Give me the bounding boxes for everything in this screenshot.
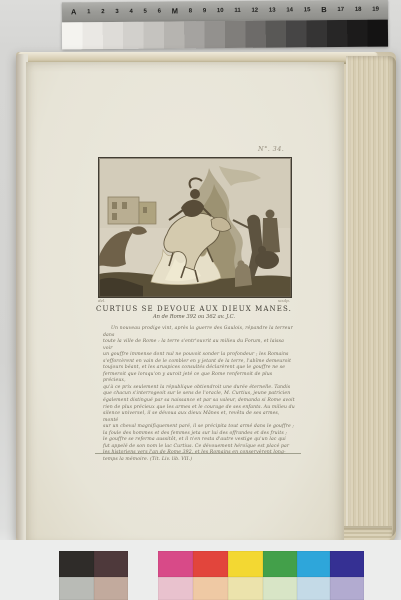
scale-label: 5 xyxy=(144,9,147,15)
color-patch-green xyxy=(263,551,297,577)
color-patch-navy xyxy=(330,551,364,577)
scale-label: 8 xyxy=(189,8,192,14)
color-patch-tan xyxy=(94,577,128,600)
book: N°. 34. xyxy=(16,52,396,542)
photo-backdrop: A 1 2 3 4 5 6 M 8 9 10 11 12 13 14 15 B … xyxy=(0,0,401,600)
book-right-page-edges xyxy=(346,56,396,538)
scale-label: 9 xyxy=(203,8,206,14)
plate-title: CURTIUS SE DEVOUE AUX DIEUX MANES. xyxy=(86,305,302,313)
album-page: N°. 34. xyxy=(26,62,344,548)
scale-label: 19 xyxy=(372,7,379,13)
color-patch-lavender xyxy=(330,577,364,600)
color-patch-yellow xyxy=(228,551,263,577)
scale-label: 10 xyxy=(217,8,224,14)
scale-label: 14 xyxy=(286,7,293,13)
scale-label: 15 xyxy=(304,7,311,13)
text-line: toujours béant, et les aruspices consult… xyxy=(103,365,295,372)
color-patch-pink xyxy=(158,577,193,600)
scale-label: 6 xyxy=(158,9,161,15)
color-patch-pale-blue xyxy=(297,577,330,600)
text-line: Un nouveau prodige vint, après la guerre… xyxy=(103,326,295,339)
text-line: temps la mémoire. (Tit. Liv. lib. VII.) xyxy=(103,457,295,464)
grayscale-step-wedge xyxy=(62,20,388,50)
scale-label: A xyxy=(71,9,76,17)
credit-left: del. xyxy=(98,298,105,304)
color-patch-gray xyxy=(59,577,94,600)
scale-label: 2 xyxy=(101,9,104,15)
plate-number: N°. 34. xyxy=(258,145,284,153)
scale-label: 4 xyxy=(129,9,132,15)
text-line: toute la ville de Rome : la terre s'entr… xyxy=(103,339,295,352)
scale-label: 12 xyxy=(251,8,258,14)
scale-label: 18 xyxy=(355,7,362,13)
plate-impression-line xyxy=(95,453,301,454)
color-calibration-card xyxy=(0,540,401,600)
scale-label: B xyxy=(321,6,326,14)
text-line: également distingué par sa naissance et … xyxy=(103,398,295,405)
credit-right: sculp. xyxy=(278,298,290,304)
scale-label: M xyxy=(172,8,178,16)
color-patch-red xyxy=(193,551,228,577)
description-paragraph: Un nouveau prodige vint, après la guerre… xyxy=(103,326,295,463)
engraving-illustration xyxy=(99,158,291,297)
scale-label: 17 xyxy=(337,7,344,13)
color-patch-peach xyxy=(193,577,228,600)
color-patch-pale-green xyxy=(263,577,297,600)
scale-label: 11 xyxy=(234,8,240,14)
engraver-credits: del. sculp. xyxy=(98,298,290,304)
color-patch-cream xyxy=(228,577,263,600)
color-patch-maroon xyxy=(94,551,128,577)
scale-label: 3 xyxy=(115,9,118,15)
color-patch-cyan xyxy=(297,551,330,577)
text-line: silence universel, il se dévoua aux dieu… xyxy=(103,411,295,424)
text-line: fermeroit que lorsqu'on y auroit jeté ce… xyxy=(103,372,295,385)
scale-label: 1 xyxy=(87,9,90,15)
text-line: le gouffre se referma aussitôt, et il n'… xyxy=(103,437,295,444)
text-line: sur un cheval magnifiquement paré, il se… xyxy=(103,424,295,431)
plate-subtitle: An de Rome 392 ou 362 av. J.C. xyxy=(86,314,302,320)
text-line: un gouffre immense dont nul ne pouvoit s… xyxy=(103,352,295,359)
color-patch-black xyxy=(59,551,94,577)
engraving-plate xyxy=(98,157,292,298)
color-patch-magenta xyxy=(158,551,193,577)
scale-label: 13 xyxy=(269,8,276,14)
